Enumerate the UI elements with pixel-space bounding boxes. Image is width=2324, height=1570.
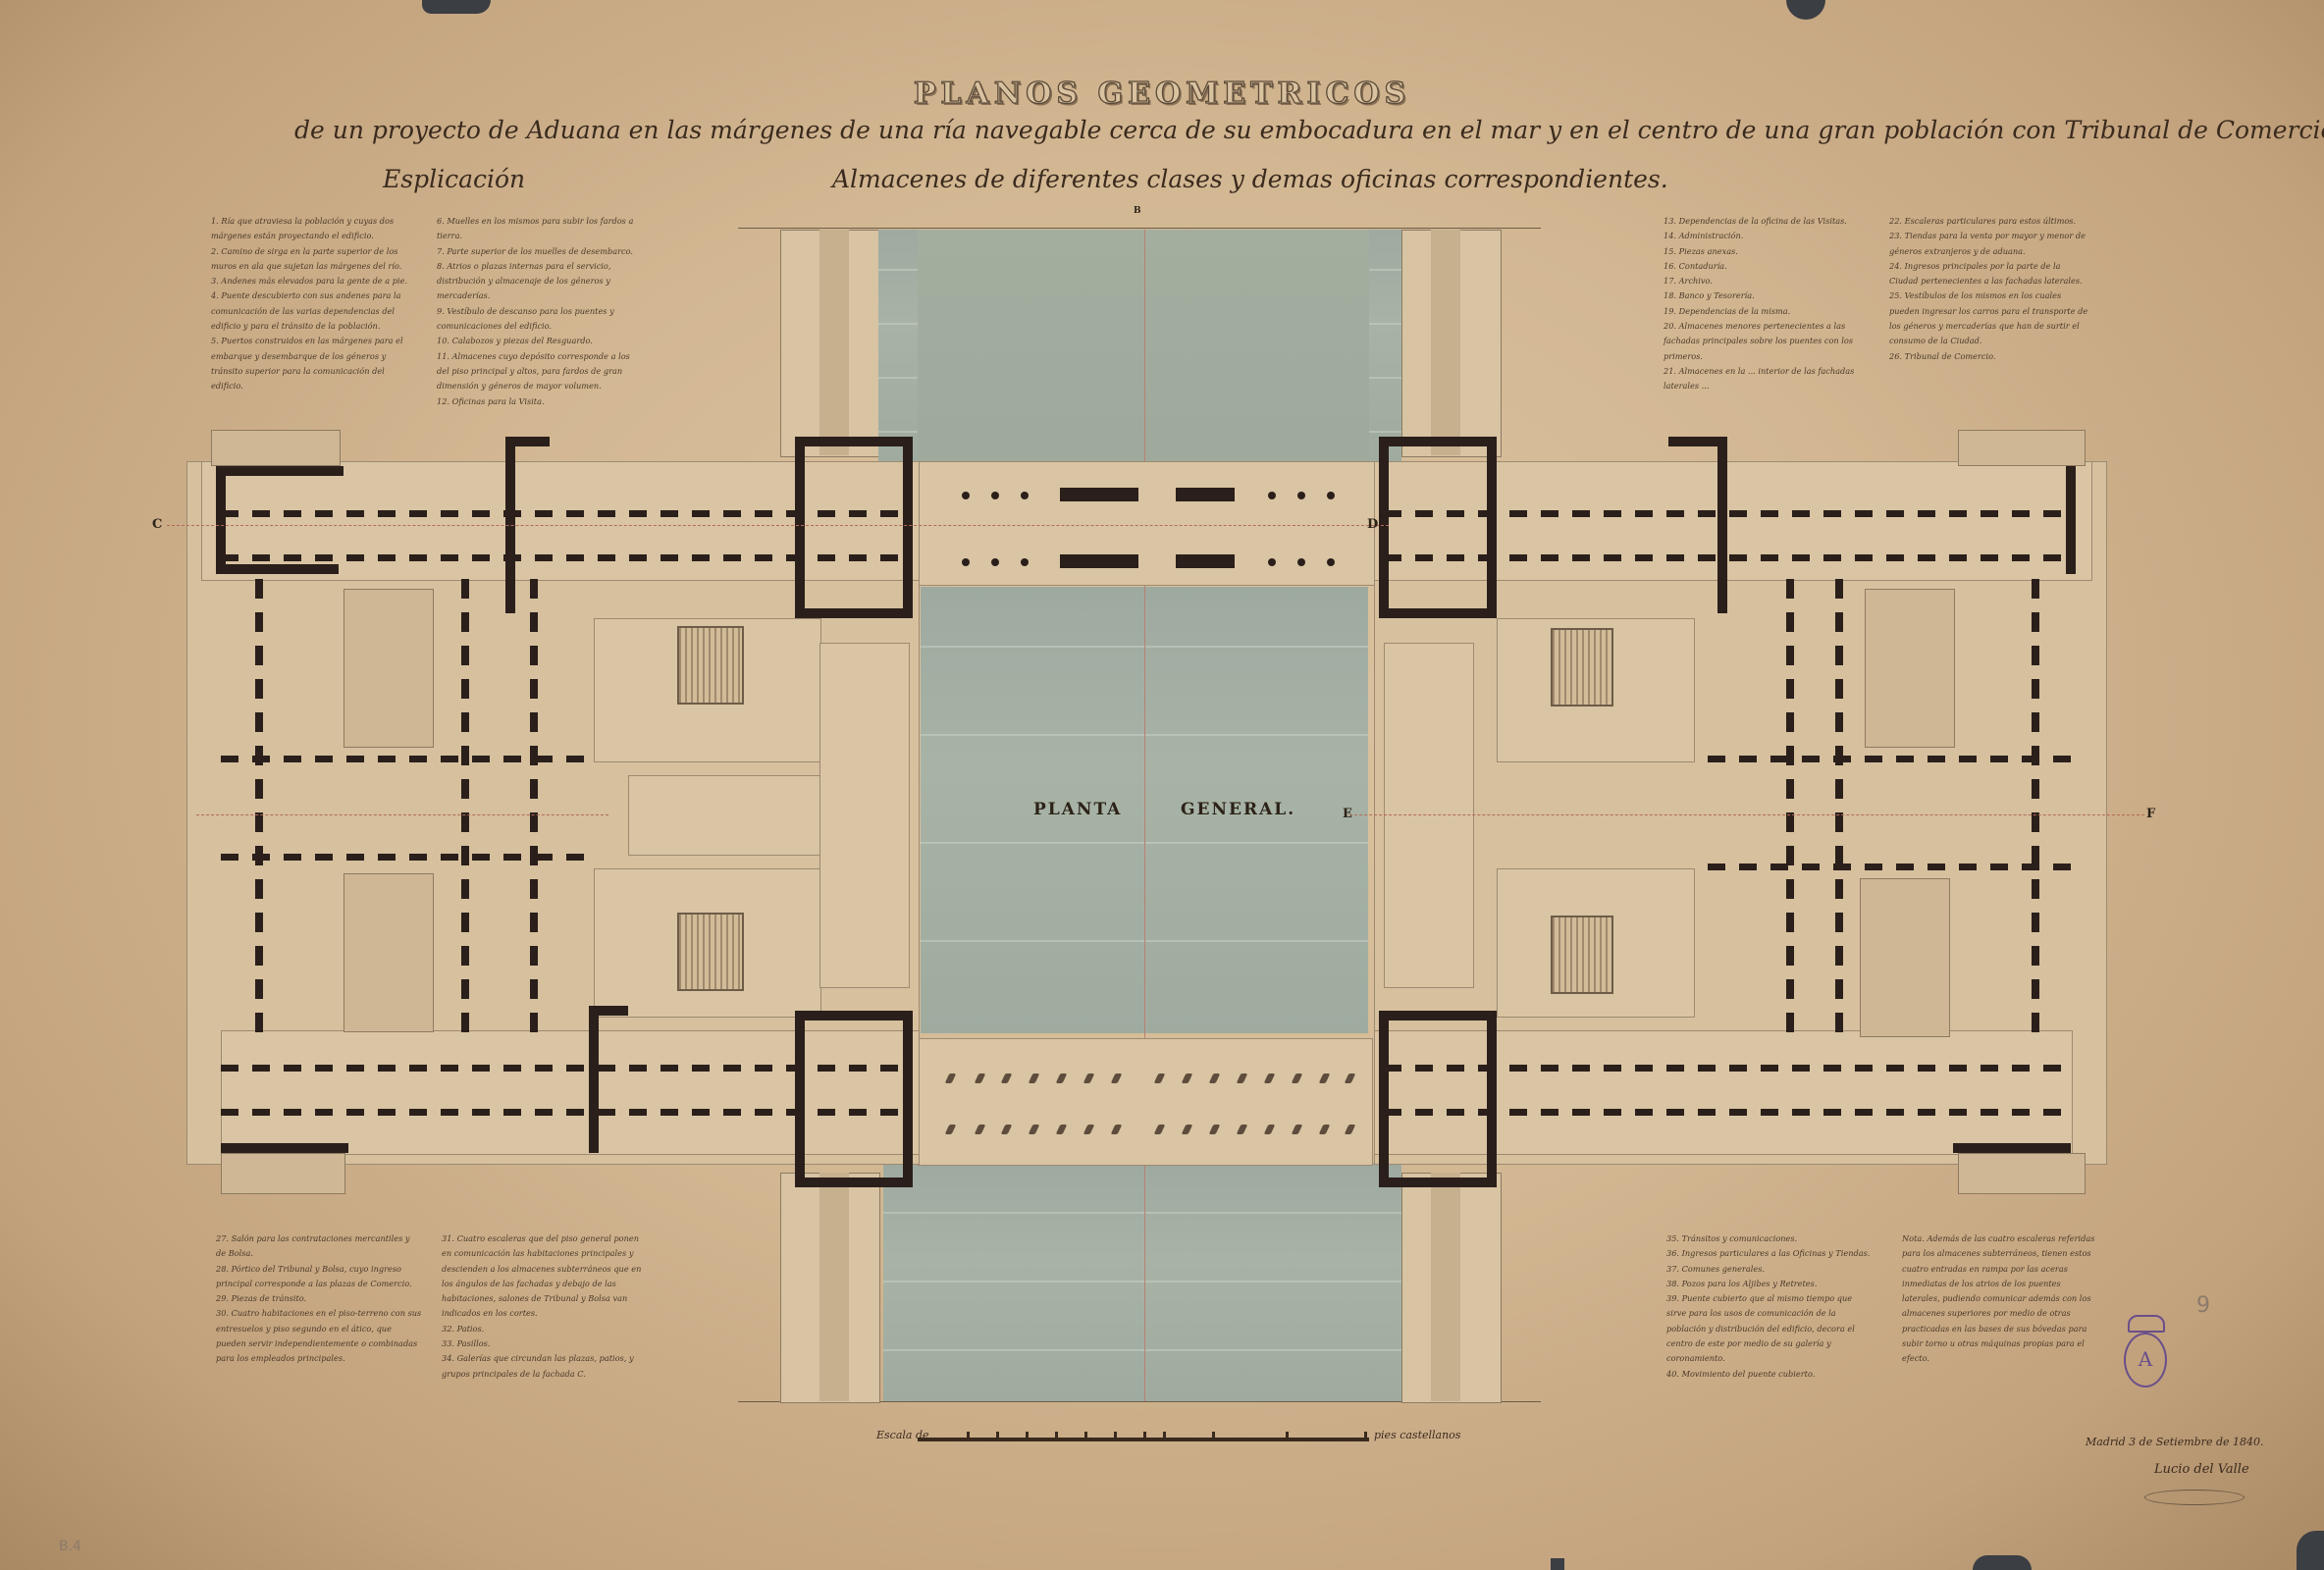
wreath-icon: A — [2124, 1333, 2167, 1387]
left-patio-bottom — [343, 873, 434, 1032]
left-quay-landing — [819, 643, 910, 988]
scale-line — [918, 1438, 1369, 1441]
library-stamp: A — [2120, 1315, 2169, 1393]
axis-letter-f: F — [2146, 807, 2155, 821]
signature-flourish — [2144, 1490, 2245, 1505]
legend-item: 30. Cuatro habitaciones en el piso-terre… — [216, 1306, 422, 1366]
pavilion-bottom-right — [1958, 1153, 2086, 1194]
right-front-gallery-top — [1374, 461, 2092, 581]
legend-item: 2. Camino de sirga en la parte superior … — [211, 244, 412, 275]
signature-name: Lucio del Valle — [2154, 1462, 2249, 1477]
towpath — [819, 230, 849, 455]
legend-item: 5. Puertos construidos en las márgenes p… — [211, 334, 412, 393]
plan-label-general: GENERAL. — [1181, 800, 1295, 819]
pavilion-top-right — [1958, 430, 2086, 466]
right-patio-top — [1865, 589, 1955, 748]
torn-edge — [2297, 1531, 2324, 1570]
axis-c-d — [167, 525, 1389, 526]
towpath — [1431, 1173, 1460, 1401]
legend-item: 23. Tiendas para la venta por mayor y me… — [1889, 229, 2090, 259]
legend-item: 16. Contaduría. — [1664, 259, 1865, 274]
legend-item: 28. Pórtico del Tribunal y Bolsa, cuyo i… — [216, 1262, 422, 1292]
legend-item: 15. Piezas anexas. — [1664, 244, 1865, 259]
legend-top-right-2: 22. Escaleras particulares para estos úl… — [1889, 214, 2090, 364]
open-bridge — [918, 1038, 1373, 1166]
river-lower — [883, 1163, 1401, 1401]
right-stairs-bottom — [1551, 916, 1613, 994]
legend-item: 19. Dependencias de la misma. — [1664, 304, 1865, 319]
axis-left-middle — [196, 814, 608, 815]
legend-item: 12. Oficinas para la Visita. — [437, 394, 638, 409]
document-subtitle-continued: Almacenes de diferentes clases y demas o… — [832, 165, 1668, 193]
pavilion-top-left — [211, 430, 341, 466]
legend-item: 11. Almacenes cuyo depósito corresponde … — [437, 349, 638, 394]
towpath — [1431, 230, 1460, 455]
legend-item: 22. Escaleras particulares para estos úl… — [1889, 214, 2090, 229]
legend-item: 9. Vestíbulo de descanso para los puente… — [437, 304, 638, 335]
legend-bottom-right-note: Nota. Además de las cuatro escaleras ref… — [1902, 1231, 2098, 1367]
legend-item: 25. Vestíbulos de los mismos en los cual… — [1889, 288, 2090, 348]
legend-item: 4. Puente descubierto con sus andenes pa… — [211, 288, 412, 334]
legend-bottom-left-2: 31. Cuatro escaleras que del piso genera… — [442, 1231, 648, 1382]
legend-item: 13. Dependencias de la oficina de las Vi… — [1664, 214, 1865, 229]
legend-note: Nota. Además de las cuatro escaleras ref… — [1902, 1231, 2098, 1367]
legend-item: 18. Banco y Tesorería. — [1664, 288, 1865, 303]
axis-letter-c: C — [152, 517, 162, 532]
document-subtitle: de un proyecto de Aduana en las márgenes… — [294, 116, 2324, 144]
plan-label-planta: PLANTA — [1033, 800, 1122, 819]
legend-item: 33. Pasillos. — [442, 1336, 648, 1351]
legend-item: 38. Pozos para los Aljibes y Retretes. — [1666, 1277, 1873, 1291]
scale-label-right: pies castellanos — [1374, 1429, 1460, 1441]
legend-item: 31. Cuatro escaleras que del piso genera… — [442, 1231, 648, 1322]
legend-item: 24. Ingresos principales por la parte de… — [1889, 259, 2090, 289]
legend-item: 6. Muelles en los mismos para subir los … — [437, 214, 638, 244]
legend-item: 32. Patios. — [442, 1322, 648, 1336]
legend-bottom-left-1: 27. Salón para las contrataciones mercan… — [216, 1231, 422, 1367]
torn-edge — [1551, 1558, 1564, 1570]
right-front-gallery-bottom — [1374, 1030, 2073, 1155]
covered-bridge — [913, 461, 1381, 586]
plan-border-line — [738, 228, 1541, 229]
right-stairs-top — [1551, 628, 1613, 706]
left-front-gallery-bottom — [221, 1030, 920, 1155]
legend-bottom-right-1: 35. Tránsitos y comunicaciones. 36. Ingr… — [1666, 1231, 1873, 1382]
legend-item: 17. Archivo. — [1664, 274, 1865, 288]
axis-letter-e: E — [1343, 807, 1352, 821]
legend-top-left-1: 1. Ría que atraviesa la población y cuya… — [211, 214, 412, 394]
legend-item: 26. Tribunal de Comercio. — [1889, 349, 2090, 364]
legend-item: 36. Ingresos particulares a las Oficinas… — [1666, 1246, 1873, 1261]
axis-letter-d: D — [1367, 517, 1378, 532]
torn-edge — [422, 0, 491, 14]
legend-item: 27. Salón para las contrataciones mercan… — [216, 1231, 422, 1262]
pencil-page-number: 9 — [2196, 1293, 2210, 1318]
legend-item: 34. Galerías que circundan las plazas, p… — [442, 1351, 648, 1382]
legend-top-right-1: 13. Dependencias de la oficina de las Vi… — [1664, 214, 1865, 394]
legend-item: 20. Almacenes menores pertenecientes a l… — [1664, 319, 1865, 364]
river-centerline — [1144, 230, 1145, 1401]
legend-item: 37. Comunes generales. — [1666, 1262, 1873, 1277]
right-quay-landing — [1384, 643, 1474, 988]
left-vestibule — [628, 775, 826, 856]
signature-date: Madrid 3 de Setiembre de 1840. — [2086, 1436, 2264, 1448]
pavilion-bottom-left — [221, 1153, 345, 1194]
left-front-gallery-top — [201, 461, 920, 581]
legend-item: 10. Calabozos y piezas del Resguardo. — [437, 334, 638, 348]
legend-item: 40. Movimiento del puente cubierto. — [1666, 1367, 1873, 1382]
axis-letter-b: B — [1134, 206, 1141, 216]
left-patio-top — [343, 589, 434, 748]
legend-item: 7. Parte superior de los muelles de dese… — [437, 244, 638, 259]
axis-e-f — [1345, 814, 2144, 815]
river-upper-channel — [918, 230, 1369, 461]
legend-heading: Esplicación — [383, 165, 525, 193]
legend-item: 14. Administración. — [1664, 229, 1865, 243]
torn-edge — [1973, 1555, 2032, 1570]
legend-top-left-2: 6. Muelles en los mismos para subir los … — [437, 214, 638, 409]
pencil-catalog-mark: B.4 — [59, 1539, 81, 1554]
left-stairs-bottom — [677, 913, 744, 991]
legend-item: 3. Andenes más elevados para la gente de… — [211, 274, 412, 288]
legend-item: 29. Piezas de tránsito. — [216, 1291, 422, 1306]
crown-icon — [2128, 1315, 2165, 1333]
towpath — [819, 1173, 849, 1401]
legend-item: 8. Atrios o plazas internas para el serv… — [437, 259, 638, 304]
legend-item: 21. Almacenes en la ... interior de las … — [1664, 364, 1865, 394]
torn-edge — [1786, 0, 1825, 20]
legend-item: 35. Tránsitos y comunicaciones. — [1666, 1231, 1873, 1246]
document-title: PLANOS GEOMETRICOS — [0, 77, 2324, 111]
legend-item: 1. Ría que atraviesa la población y cuya… — [211, 214, 412, 244]
left-stairs-top — [677, 626, 744, 705]
drawing-sheet: PLANOS GEOMETRICOS de un proyecto de Adu… — [0, 0, 2324, 1570]
legend-item: 39. Puente cubierto que al mismo tiempo … — [1666, 1291, 1873, 1366]
right-patio-bottom — [1860, 878, 1950, 1037]
